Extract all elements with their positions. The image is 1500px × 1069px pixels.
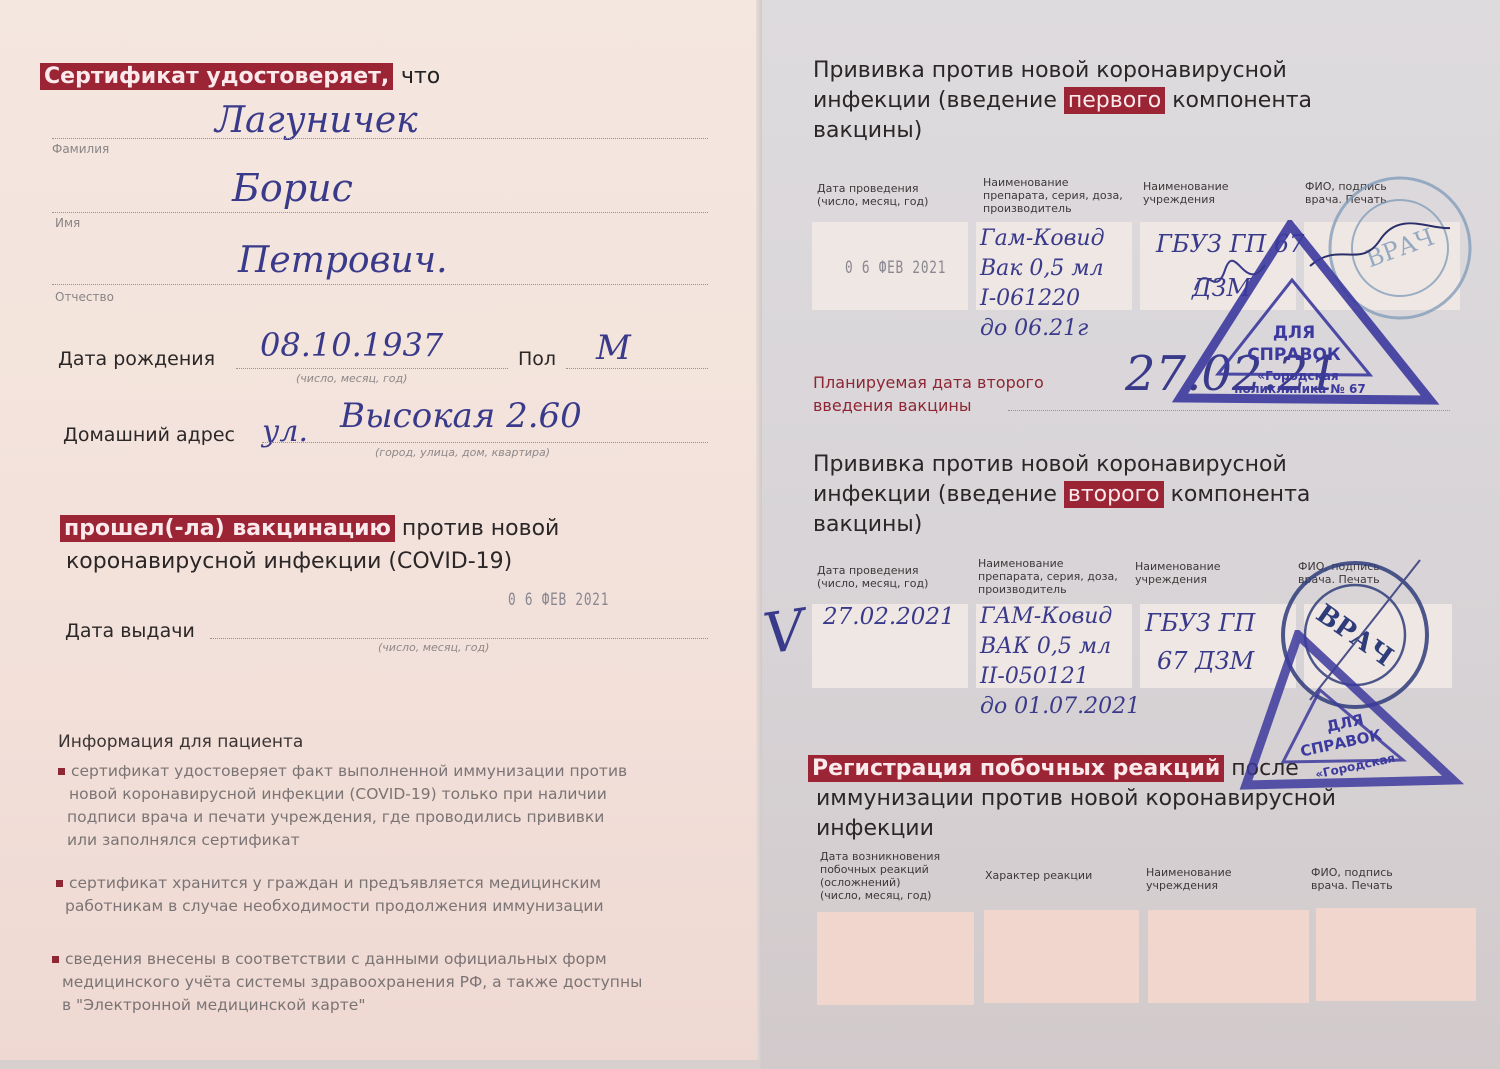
- birth-date-value: 08.10.1937: [260, 326, 443, 364]
- certificate-heading-highlight: Сертификат удостоверяет,: [40, 63, 393, 90]
- surname-value: Лагуничек: [215, 100, 418, 141]
- vaccination-line2: коронавирусной инфекции (COVID-19): [60, 549, 512, 574]
- triangle-stamp-icon: ДЛЯ СПРАВОК «Городская поликлиника № 67: [1170, 220, 1440, 410]
- issue-date-label: Дата выдачи: [65, 620, 195, 642]
- first-name-label: Имя: [55, 216, 80, 230]
- surname-line: [52, 138, 708, 139]
- vaccination-statement: прошел(-ла) вакцинацию против новой коро…: [60, 512, 559, 578]
- issue-date-line: [210, 638, 708, 639]
- reaction-date-cell: [817, 912, 974, 1005]
- issue-date-stamp: 0 6 ФЕВ 2021: [508, 590, 609, 610]
- bullet-icon: [58, 768, 65, 775]
- col-head-date: Дата проведения(число, месяц, год): [817, 564, 928, 590]
- address-hint: (город, улица, дом, квартира): [375, 446, 550, 459]
- first-date-value: 0 6 ФЕВ 2021: [845, 258, 946, 278]
- col-head-vaccine: Наименованиепрепарата, серия, доза,произ…: [983, 176, 1123, 215]
- col-head-institution: Наименованиеучреждения: [1135, 560, 1220, 586]
- reaction-type-cell: [984, 910, 1139, 1003]
- svg-text:«Городская: «Городская: [1257, 369, 1338, 383]
- page-spine: [756, 0, 762, 1069]
- birth-date-line: [236, 368, 508, 369]
- first-highlight: первого: [1064, 87, 1165, 114]
- sex-label: Пол: [518, 348, 556, 370]
- svg-text:поликлиника № 67: поликлиника № 67: [1234, 382, 1366, 396]
- reaction-institution-cell: [1148, 910, 1309, 1003]
- patient-info-item: сведения внесены в соответствии с данным…: [52, 948, 642, 1017]
- address-value: Высокая 2.60: [340, 396, 582, 436]
- svg-text:ДЛЯ: ДЛЯ: [1273, 323, 1315, 343]
- sex-line: [566, 368, 708, 369]
- patient-info-title: Информация для пациента: [58, 732, 303, 752]
- triangle-stamp-2-icon: ДЛЯ СПРАВОК «Городская: [1238, 630, 1478, 790]
- col-head-doctor: ФИО, подписьврача. Печать: [1311, 866, 1393, 892]
- certificate-heading: Сертификат удостоверяет, что: [40, 64, 440, 89]
- sex-value: М: [596, 328, 631, 368]
- patient-info-item: сертификат удостоверяет факт выполненной…: [58, 760, 627, 852]
- patronymic-line: [52, 284, 708, 285]
- col-head-reaction-date: Дата возникновенияпобочных реакций(ослож…: [820, 850, 940, 902]
- first-name-line: [52, 212, 708, 213]
- signature-first-icon: [1185, 250, 1275, 310]
- first-name-value: Борис: [232, 166, 353, 210]
- second-vaccine-value: ГАМ-Ковид ВАК 0,5 мл II-050121 до 01.07.…: [980, 602, 1140, 722]
- page-bottom-edge: [0, 1060, 760, 1069]
- patronymic-label: Отчество: [55, 290, 114, 304]
- col-head-institution: Наименованиеучреждения: [1146, 866, 1231, 892]
- col-head-institution: Наименованиеучреждения: [1143, 180, 1228, 206]
- svg-text:СПРАВОК: СПРАВОК: [1247, 345, 1341, 365]
- second-component-title: Прививка против новой коронавирусной инф…: [813, 450, 1310, 540]
- surname-label: Фамилия: [52, 142, 109, 156]
- address-label: Домашний адрес: [63, 424, 235, 446]
- certificate-heading-rest: что: [401, 64, 440, 89]
- reaction-doctor-cell: [1316, 908, 1476, 1001]
- first-vaccine-value: Гам-Ковид Вак 0,5 мл I-061220 до 06.21г: [980, 224, 1105, 344]
- col-head-reaction-type: Характер реакции: [985, 869, 1092, 882]
- patient-info-item: сертификат хранится у граждан и предъявл…: [56, 872, 604, 918]
- planned-second-line: [1008, 410, 1450, 411]
- patronymic-value: Петрович.: [238, 240, 448, 281]
- address-prefix: ул.: [262, 414, 308, 449]
- second-highlight: второго: [1064, 481, 1164, 508]
- col-head-date: Дата проведения(число, месяц, год): [817, 182, 928, 208]
- side-effects-highlight: Регистрация побочных реакций: [808, 755, 1224, 782]
- bullet-icon: [56, 880, 63, 887]
- vaccination-rest-line1: против новой: [402, 516, 559, 541]
- birth-date-label: Дата рождения: [58, 348, 215, 370]
- address-line: [262, 442, 708, 443]
- first-component-title: Прививка против новой коронавирусной инф…: [813, 56, 1312, 146]
- col-head-vaccine: Наименованиепрепарата, серия, доза,произ…: [978, 557, 1118, 596]
- vaccination-highlight: прошел(-ла) вакцинацию: [60, 515, 395, 542]
- bullet-icon: [52, 956, 59, 963]
- issue-date-hint: (число, месяц, год): [378, 641, 489, 654]
- second-date-value: 27.02.2021: [823, 604, 955, 630]
- birth-date-hint: (число, месяц, год): [296, 372, 407, 385]
